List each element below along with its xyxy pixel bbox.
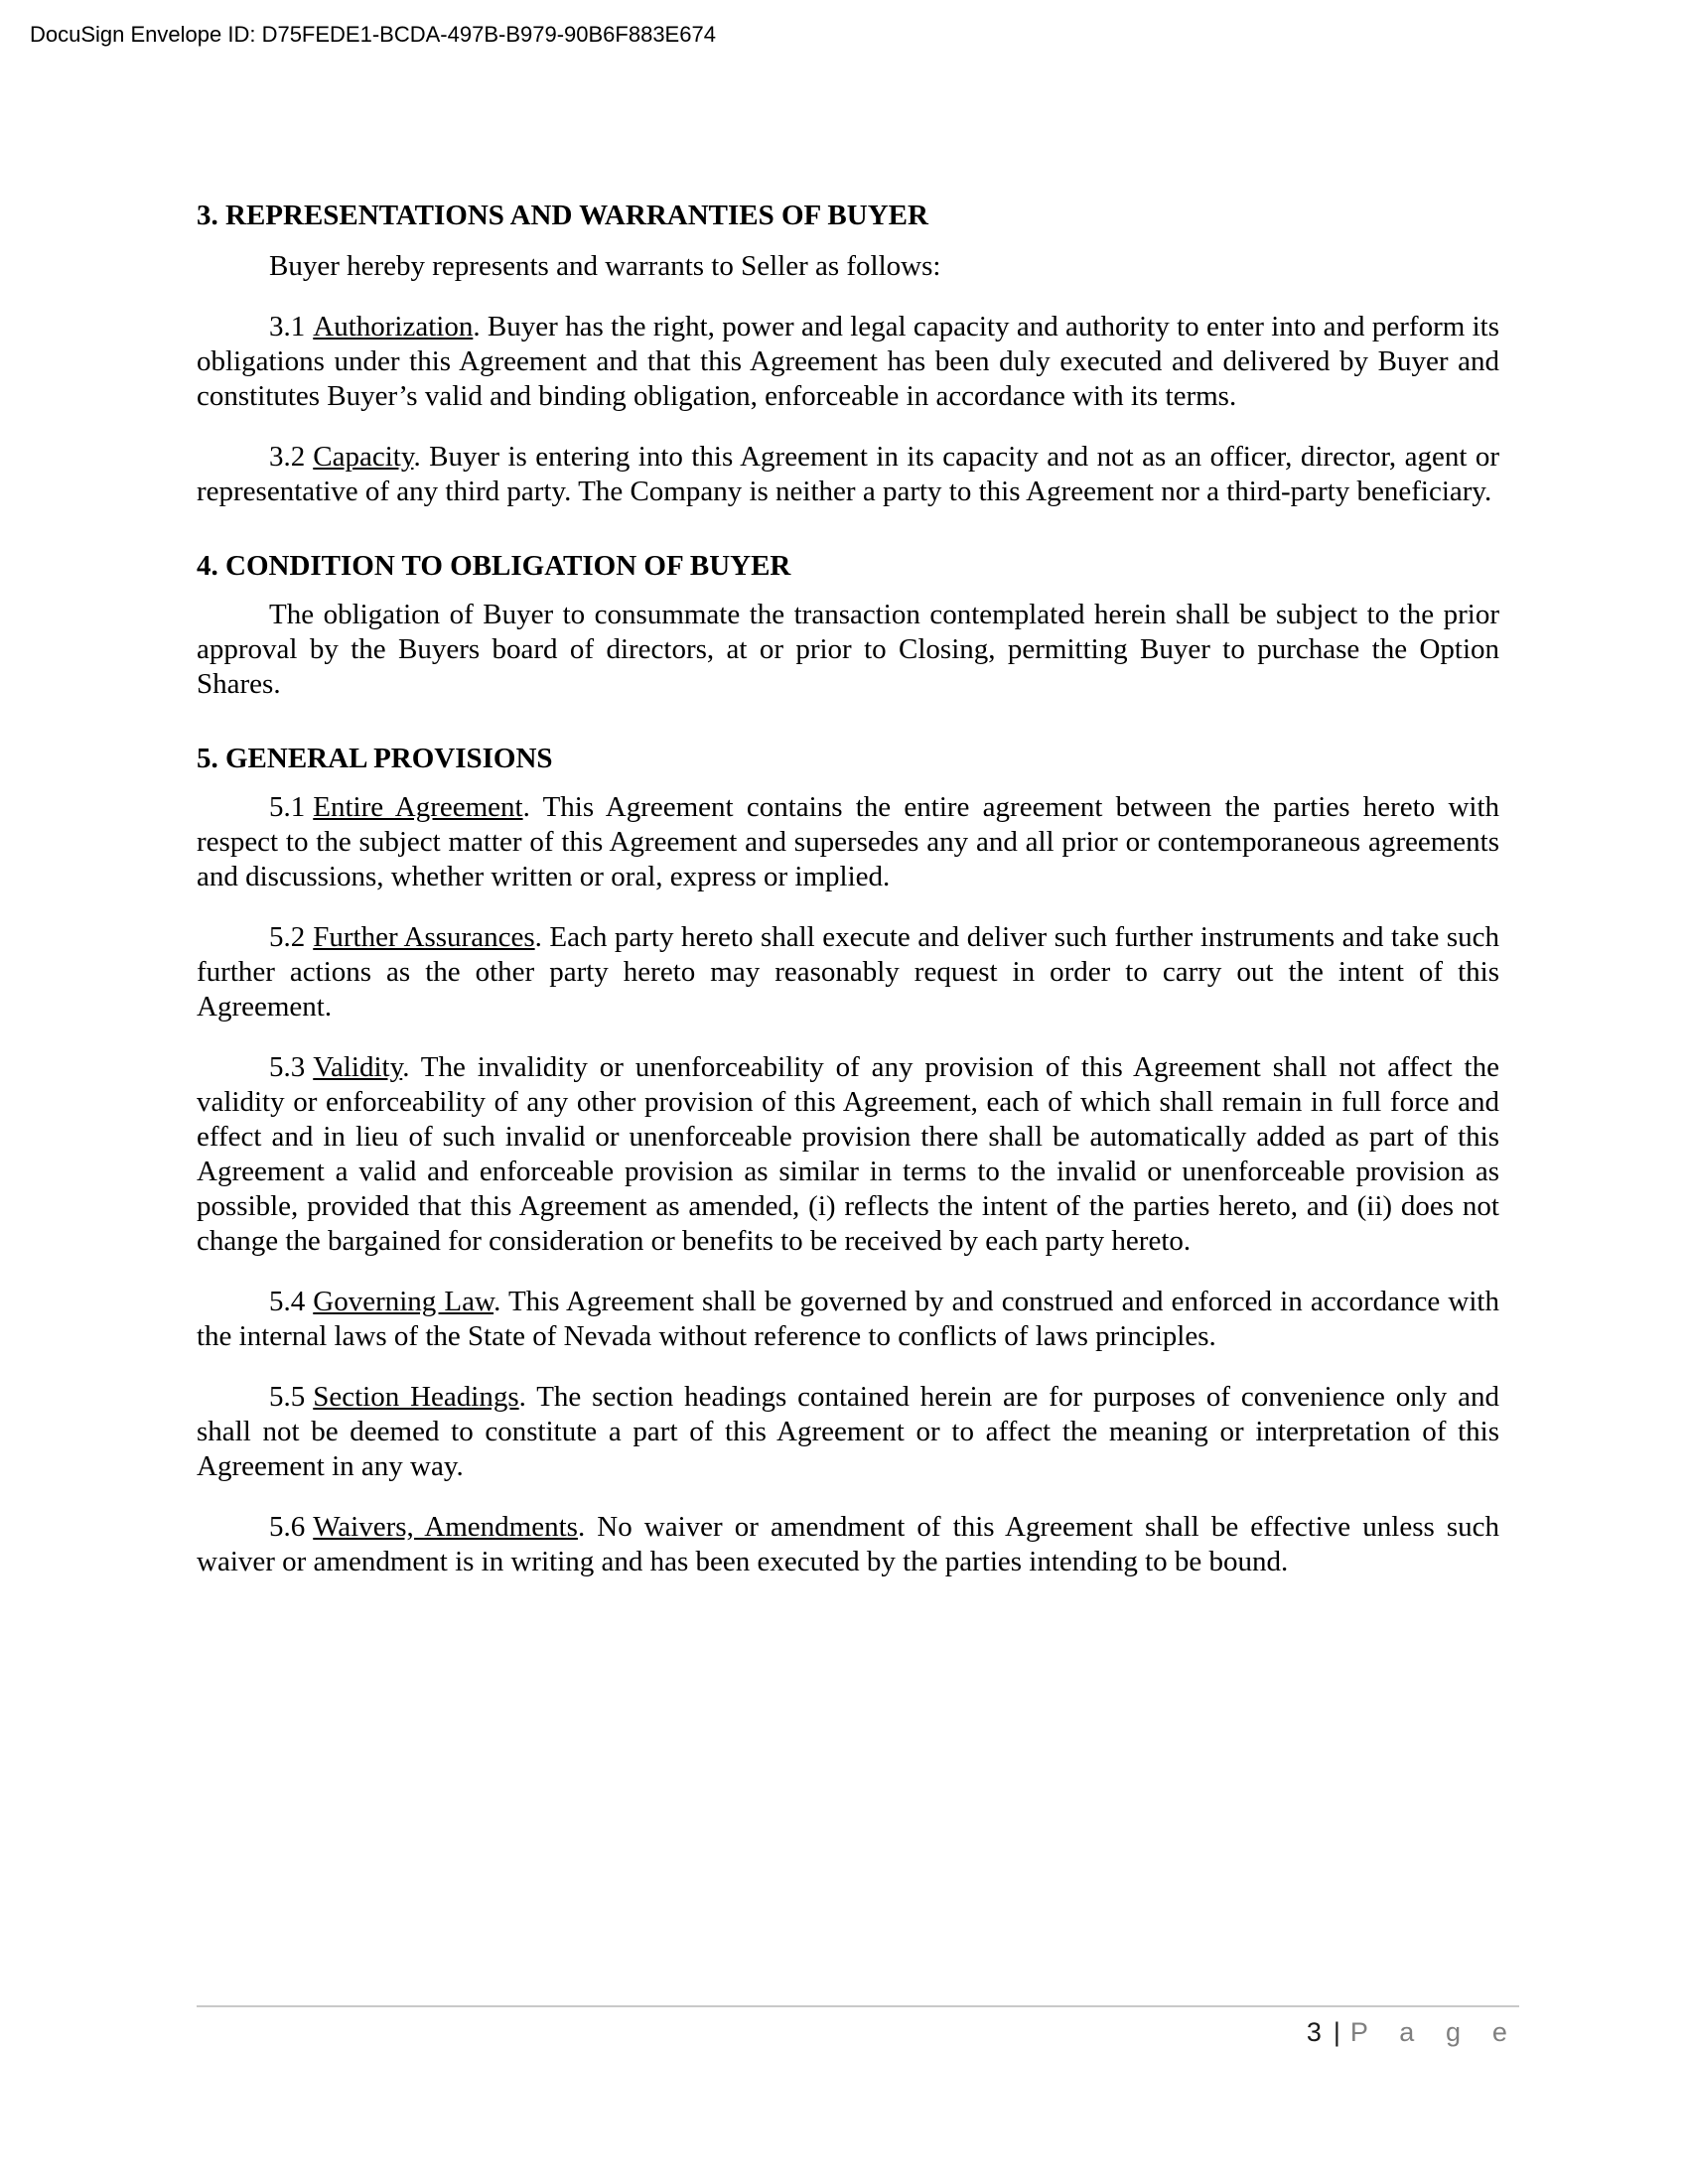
clause-title: Authorization: [313, 311, 473, 342]
clause-separator: .: [578, 1511, 597, 1543]
document-page: DocuSign Envelope ID: D75FEDE1-BCDA-497B…: [0, 0, 1688, 2184]
clause-separator: .: [535, 921, 550, 953]
clause-number: 5.1: [269, 791, 305, 823]
clause-5-4: 5.4Governing Law. This Agreement shall b…: [197, 1285, 1499, 1354]
clause-5-5: 5.5Section Headings. The section heading…: [197, 1380, 1499, 1484]
clause-3-1: 3.1Authorization. Buyer has the right, p…: [197, 310, 1499, 414]
page-footer: 3|P a g e: [197, 2005, 1519, 2048]
clause-title: Section Headings: [313, 1381, 518, 1413]
section-heading-4: 4. CONDITION TO OBLIGATION OF BUYER: [197, 549, 1499, 584]
clause-3-2: 3.2Capacity. Buyer is entering into this…: [197, 440, 1499, 509]
clause-title: Entire Agreement: [313, 791, 522, 823]
clause-title: Further Assurances: [313, 921, 534, 953]
section-3-intro: Buyer hereby represents and warrants to …: [197, 249, 1499, 284]
clause-number: 5.3: [269, 1051, 305, 1083]
clause-separator: .: [413, 441, 429, 473]
clause-5-6: 5.6Waivers, Amendments. No waiver or ame…: [197, 1510, 1499, 1579]
section-heading-3: 3. REPRESENTATIONS AND WARRANTIES OF BUY…: [197, 199, 1499, 233]
footer-divider: [197, 2005, 1519, 2007]
document-body: 3. REPRESENTATIONS AND WARRANTIES OF BUY…: [197, 199, 1499, 1579]
page-number-separator: |: [1334, 2017, 1340, 2047]
clause-separator: .: [519, 1381, 537, 1413]
clause-number: 5.6: [269, 1511, 305, 1543]
clause-separator: .: [402, 1051, 421, 1083]
page-number-line: 3|P a g e: [197, 2017, 1519, 2048]
clause-number: 5.5: [269, 1381, 305, 1413]
clause-title: Governing Law: [313, 1286, 493, 1317]
docusign-envelope-id: DocuSign Envelope ID: D75FEDE1-BCDA-497B…: [30, 22, 716, 48]
clause-5-1: 5.1Entire Agreement. This Agreement cont…: [197, 790, 1499, 894]
clause-separator: .: [493, 1286, 508, 1317]
clause-title: Validity: [313, 1051, 402, 1083]
clause-title: Waivers, Amendments: [313, 1511, 578, 1543]
page-label: P a g e: [1350, 2017, 1519, 2047]
section-heading-5: 5. GENERAL PROVISIONS: [197, 742, 1499, 776]
section-4-paragraph: The obligation of Buyer to consummate th…: [197, 598, 1499, 702]
clause-number: 3.1: [269, 311, 305, 342]
clause-title: Capacity: [313, 441, 413, 473]
clause-5-3: 5.3Validity. The invalidity or unenforce…: [197, 1050, 1499, 1259]
clause-separator: .: [473, 311, 488, 342]
clause-number: 3.2: [269, 441, 305, 473]
clause-number: 5.4: [269, 1286, 305, 1317]
clause-number: 5.2: [269, 921, 305, 953]
clause-separator: .: [523, 791, 543, 823]
clause-5-2: 5.2Further Assurances. Each party hereto…: [197, 920, 1499, 1024]
page-number: 3: [1307, 2017, 1322, 2047]
